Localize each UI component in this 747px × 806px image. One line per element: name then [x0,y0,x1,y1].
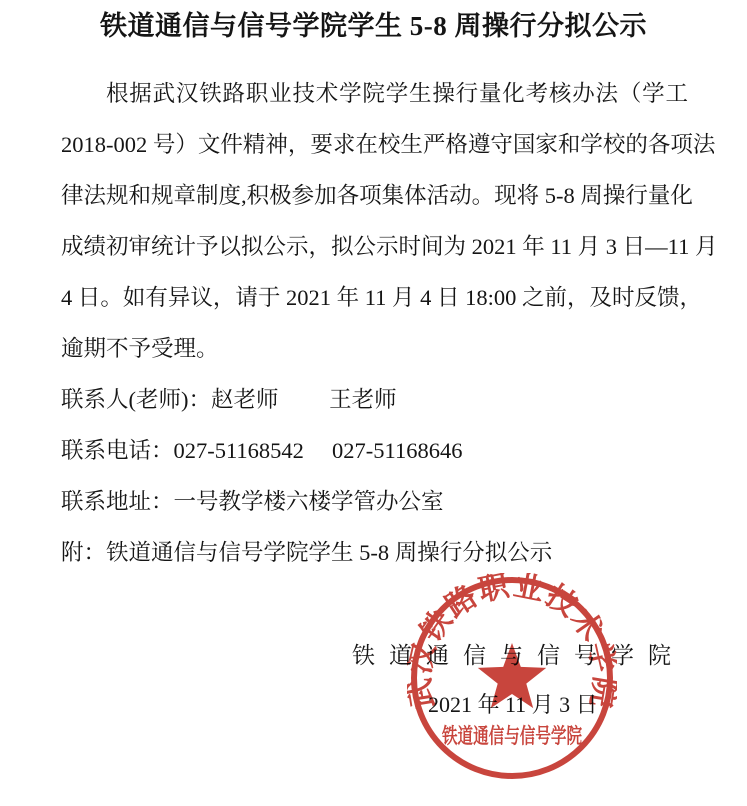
seal-arc-text: 武汉铁路职业技术学院 [407,573,617,711]
notice-page: 铁道通信与信号学院学生 5-8 周操行分拟公示 根据武汉铁路职业技术学院学生操行… [0,0,747,806]
signature-date: 2021 年 11 月 3 日 [428,692,598,718]
notice-title: 铁道通信与信号学院学生 5-8 周操行分拟公示 [0,8,747,44]
seal-ring [414,580,610,776]
body-line: 逾期不予受理。 [61,323,688,374]
notice-body: 根据武汉铁路职业技术学院学生操行量化考核办法（学工 2018-002 号）文件精… [61,68,688,578]
body-line: 根据武汉铁路职业技术学院学生操行量化考核办法（学工 [61,68,688,119]
body-line: 律法规和规章制度,积极参加各项集体活动。现将 5-8 周操行量化 [61,170,688,221]
contact-address-line: 联系地址：一号教学楼六楼学管办公室 [61,476,688,527]
contact-phone-line: 联系电话：027-51168542 027-51168646 [61,425,688,476]
body-line: 2018-002 号）文件精神，要求在校生严格遵守国家和学校的各项法 [61,119,688,170]
signature-department: 铁道通信与信号学院 [352,643,685,669]
official-seal-icon: 武汉铁路职业技术学院 铁道通信与信号学院 [407,573,617,783]
body-line: 成绩初审统计予以拟公示，拟公示时间为 2021 年 11 月 3 日—11 月 [61,221,688,272]
body-line: 4 日。如有异议，请于 2021 年 11 月 4 日 18:00 之前，及时反… [61,272,688,323]
seal-bottom-text: 铁道通信与信号学院 [441,724,582,748]
attachment-line: 附：铁道通信与信号学院学生 5-8 周操行分拟公示 [61,527,688,578]
contact-person-line: 联系人(老师)：赵老师 王老师 [61,374,688,425]
